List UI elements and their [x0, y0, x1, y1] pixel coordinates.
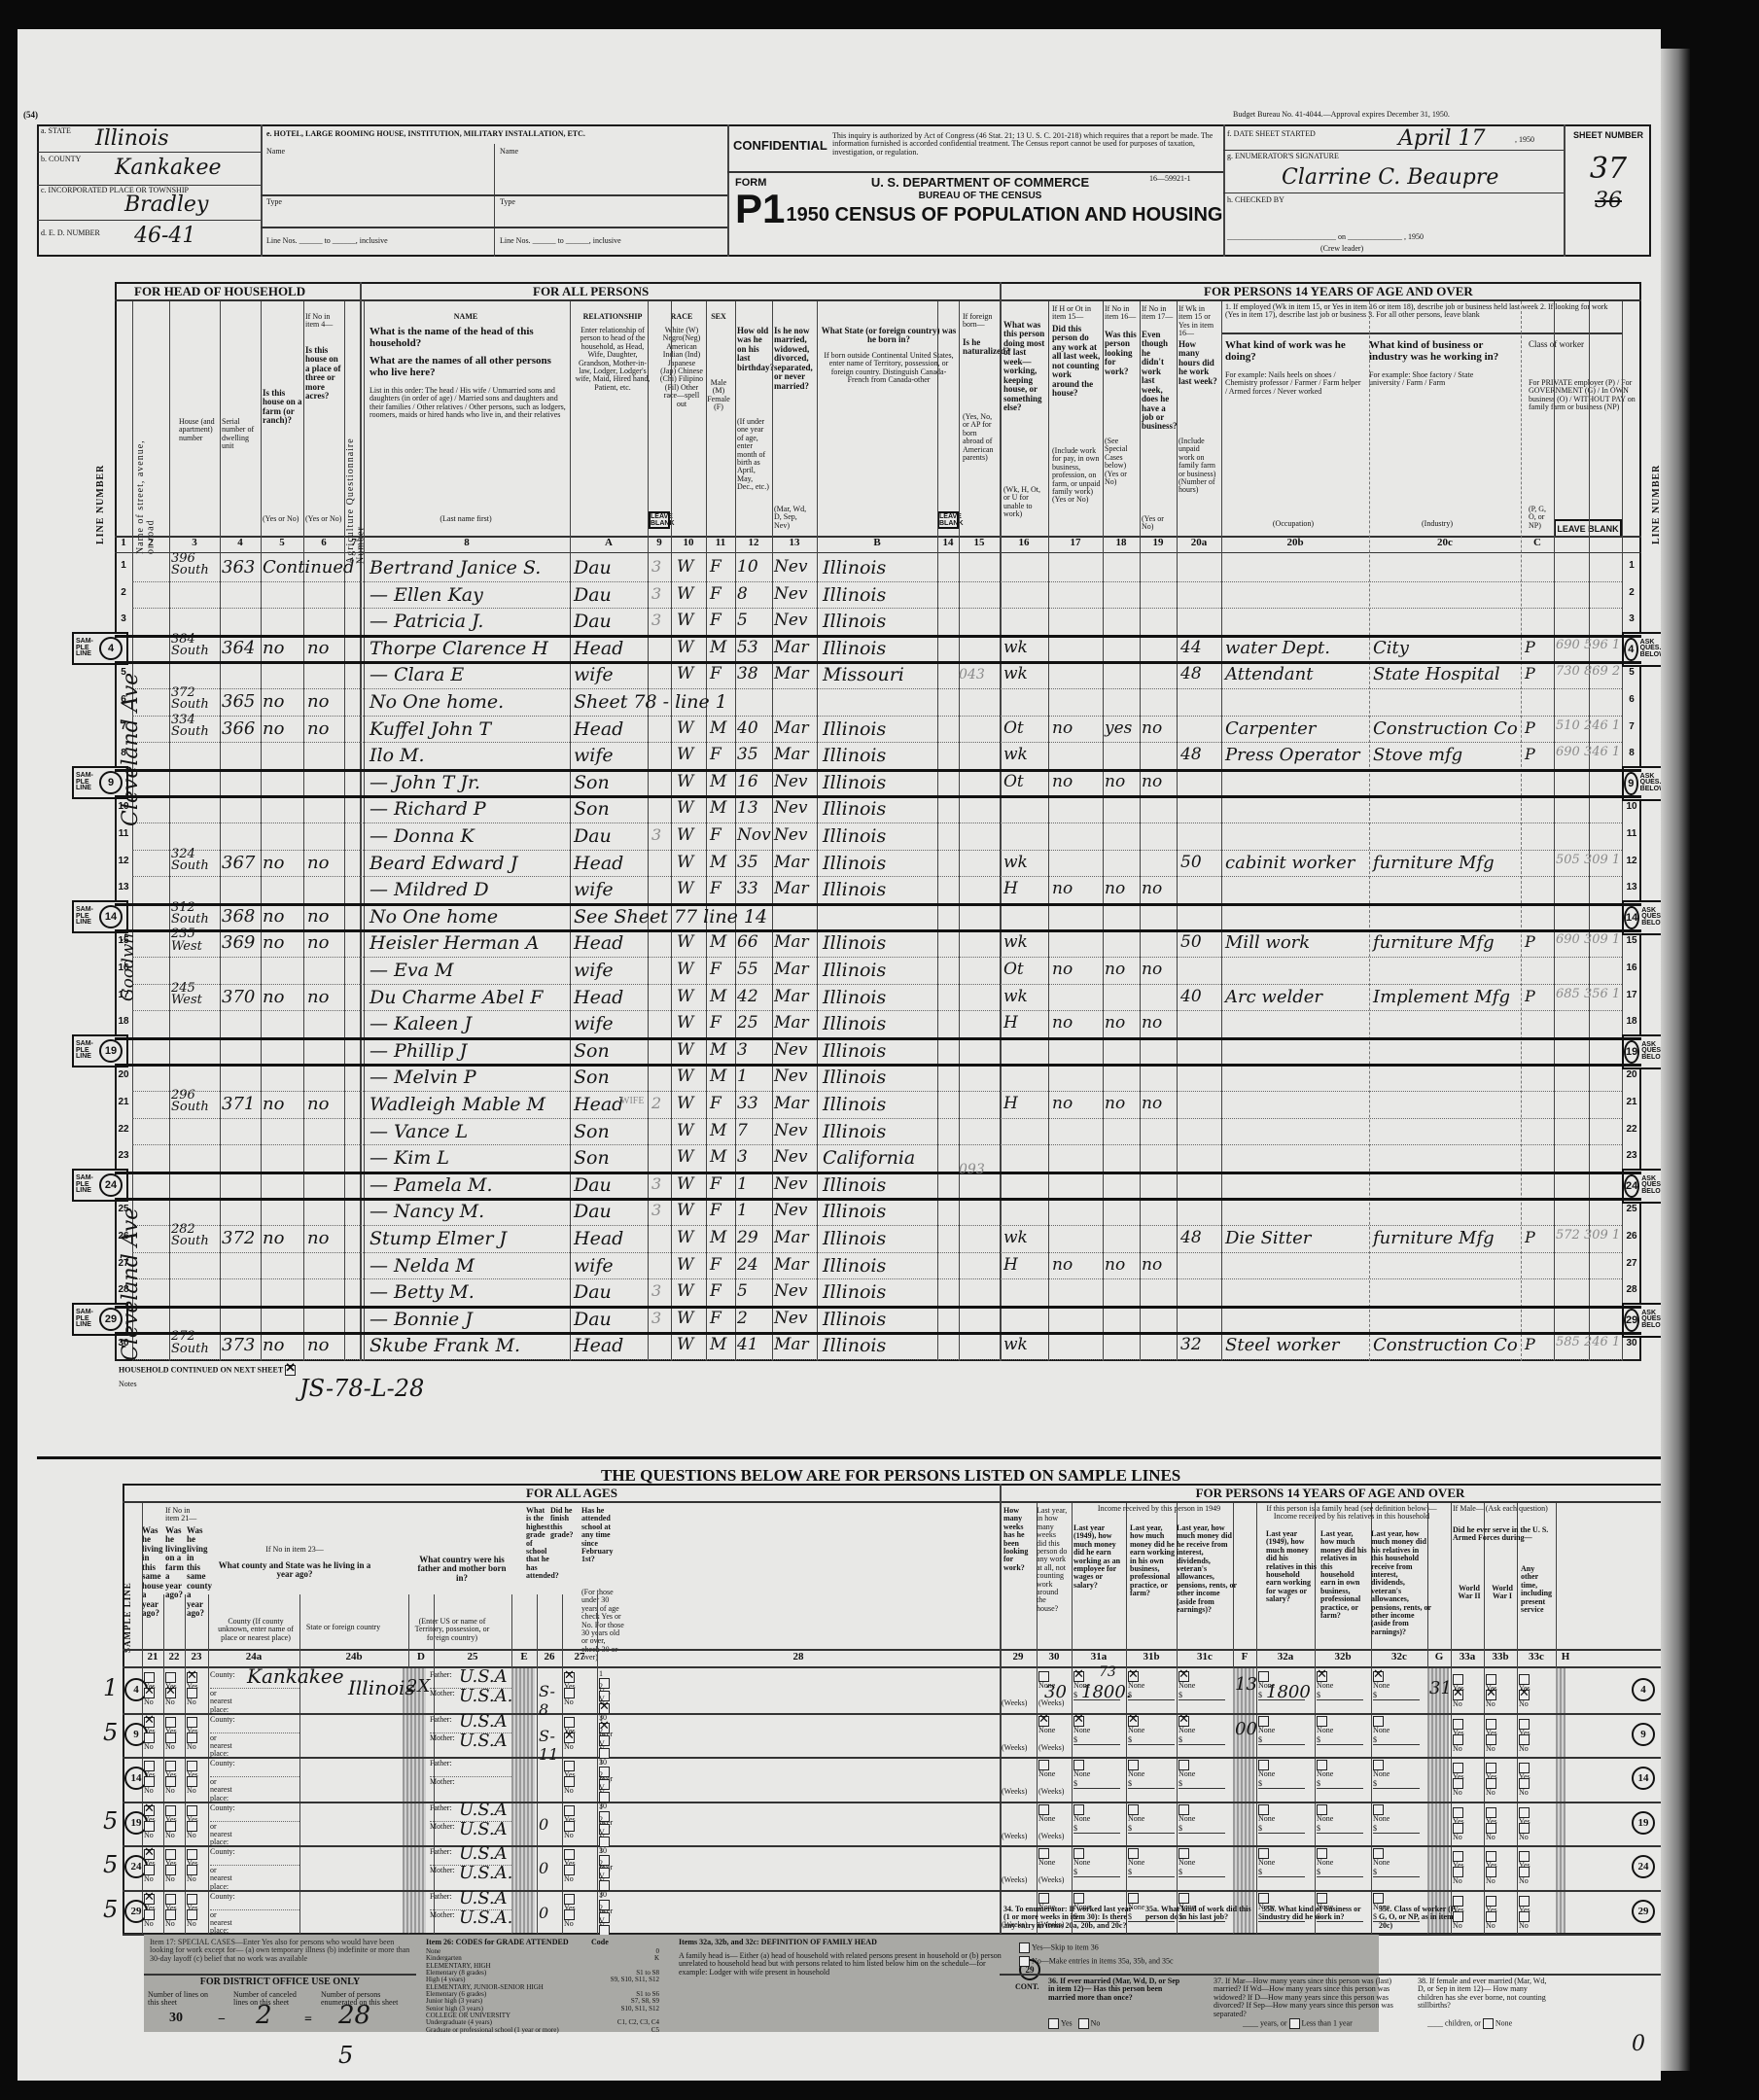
q23-yes-checkbox[interactable] [187, 1672, 197, 1683]
house-number: 334 South [171, 715, 209, 739]
marital-status: Nev [774, 1281, 808, 1301]
other-yes-checkbox[interactable] [1519, 1674, 1530, 1685]
income-amount-field[interactable]: $ [1073, 1825, 1120, 1834]
office-code: 690 309 1 [1556, 932, 1620, 947]
other-no-option: No [1519, 1734, 1531, 1753]
income-none-checkbox[interactable] [1317, 1893, 1327, 1904]
finished-grade-no-checkbox[interactable] [564, 1688, 575, 1698]
income-amount-field[interactable]: $ [1128, 1825, 1175, 1834]
q22-no-checkbox[interactable] [165, 1821, 176, 1832]
q23-no-checkbox[interactable] [187, 1732, 197, 1743]
race: W [677, 960, 693, 979]
race: W [677, 557, 693, 577]
income-none-checkbox[interactable] [1073, 1893, 1084, 1904]
q23-yes-checkbox[interactable] [187, 1717, 197, 1728]
birthplace: Illinois [823, 1309, 886, 1330]
q23-no-checkbox[interactable] [187, 1909, 197, 1920]
age: 33 [737, 879, 758, 898]
q23-no-checkbox[interactable] [187, 1688, 197, 1698]
sample-table-row [115, 903, 1641, 930]
ask-line-number: 14 [1624, 906, 1639, 929]
finished-grade-yes-checkbox[interactable] [564, 1761, 575, 1771]
class-of-worker: P [1525, 638, 1535, 656]
line-number: 23 [115, 1150, 132, 1161]
person-name: — Bonnie J [369, 1309, 473, 1330]
relationship: wife [574, 960, 614, 981]
q23-yes-checkbox[interactable] [187, 1894, 197, 1905]
income-none-checkbox[interactable] [1073, 1848, 1084, 1859]
ww2-no-checkbox[interactable] [1453, 1867, 1463, 1877]
income-amount-field[interactable]: $ [1073, 1869, 1120, 1877]
income-none-checkbox[interactable] [1128, 1848, 1139, 1859]
income-none-option: None [1073, 1804, 1090, 1823]
census-sheet: (54) Budget Bureau No. 41-4044.—Approval… [18, 29, 1661, 2081]
hdr-c11: How old was he on his last birthday? [737, 327, 770, 372]
income-none-checkbox[interactable] [1317, 1760, 1327, 1770]
q38-none-checkbox[interactable] [1483, 2018, 1494, 2029]
other-no-checkbox[interactable] [1519, 1778, 1530, 1789]
activity-last-week: H [1003, 879, 1018, 898]
income-amount-field[interactable]: $ [1317, 1692, 1363, 1700]
income-none-checkbox[interactable] [1373, 1848, 1384, 1859]
hdr-c5-sub: (Yes or No) [305, 515, 344, 523]
income-amount-field[interactable]: $ [1179, 1692, 1225, 1700]
income-none-checkbox[interactable] [1258, 1716, 1269, 1727]
weeks-label-29: (Weeks) [1002, 1788, 1027, 1796]
income-none-checkbox[interactable] [1073, 1760, 1084, 1770]
ww1-no-checkbox[interactable] [1486, 1734, 1496, 1745]
q35a-text: 35a. What kind of work did this person d… [1145, 1906, 1252, 1922]
q21-yes-checkbox[interactable] [144, 1849, 155, 1860]
income-amount-field[interactable]: $ [1128, 1736, 1175, 1745]
col-a-code: 3 [651, 825, 661, 844]
income-none-checkbox[interactable] [1317, 1671, 1327, 1682]
income-none-checkbox[interactable] [1128, 1760, 1139, 1770]
household-continued-checkbox[interactable] [285, 1365, 296, 1376]
birthplace: Illinois [823, 1094, 886, 1115]
income-none-checkbox[interactable] [1373, 1671, 1384, 1682]
q22-yes-checkbox[interactable] [165, 1717, 176, 1728]
sample-column-number: 24a [208, 1651, 299, 1662]
income-none-option: None [1179, 1716, 1195, 1734]
q37-options: ____ years, or Less than 1 year [1243, 2018, 1353, 2029]
birthplace: California [823, 1147, 915, 1169]
income-none-checkbox[interactable] [1373, 1760, 1384, 1770]
income-none-checkbox[interactable] [1038, 1848, 1049, 1859]
sample-hdr-31a: Last year (1949), how much money did he … [1073, 1524, 1126, 1590]
person-name: — John T Jr. [369, 772, 480, 793]
ww2-no-checkbox[interactable] [1453, 1690, 1463, 1700]
income-amount-field[interactable]: $ [1128, 1780, 1175, 1789]
activity-last-week: wk [1003, 1228, 1028, 1247]
age: 3 [737, 1147, 748, 1167]
q21-no-checkbox[interactable] [144, 1776, 155, 1787]
ww2-yes-checkbox[interactable] [1453, 1763, 1463, 1773]
income-none-checkbox[interactable] [1179, 1760, 1189, 1770]
hdr-c7-list: List in this order: The head / His wife … [369, 387, 570, 420]
income-amount-field[interactable]: $ [1073, 1780, 1120, 1789]
income-none-checkbox[interactable] [1038, 1804, 1049, 1815]
other-no-checkbox[interactable] [1519, 1911, 1530, 1922]
income-none-checkbox[interactable] [1038, 1760, 1049, 1770]
income-amount-field[interactable]: $ [1373, 1692, 1420, 1700]
income-none-checkbox[interactable] [1373, 1716, 1384, 1727]
income-amount-field[interactable]: $ [1258, 1825, 1305, 1834]
ed-value: 46-41 [134, 224, 195, 248]
hdr-c8-title: RELATIONSHIP [574, 313, 651, 321]
mother-label: Mother: [430, 1734, 455, 1742]
sample-line-label: SAM-PLE LINE [74, 773, 99, 791]
other-no-checkbox[interactable] [1519, 1867, 1530, 1877]
ww2-yes-checkbox[interactable] [1453, 1807, 1463, 1818]
hdr-c3: Serial number of dwelling unit [222, 418, 261, 451]
income-none-checkbox[interactable] [1073, 1804, 1084, 1815]
age: 7 [737, 1121, 748, 1140]
q21-no-checkbox[interactable] [144, 1865, 155, 1875]
q22-yes-checkbox[interactable] [165, 1849, 176, 1860]
person-name: — Kim L [369, 1147, 449, 1169]
income-none-checkbox[interactable] [1373, 1893, 1384, 1904]
income-none-checkbox[interactable] [1128, 1671, 1139, 1682]
ww2-yes-checkbox[interactable] [1453, 1851, 1463, 1862]
income-amount-field[interactable]: $ [1179, 1869, 1225, 1877]
q23-no-checkbox[interactable] [187, 1865, 197, 1875]
family-wage-income: 1800 [1266, 1682, 1311, 1702]
q21-yes-checkbox[interactable] [144, 1805, 155, 1816]
sample-column-number: D [408, 1651, 434, 1662]
ww1-no-checkbox[interactable] [1486, 1867, 1496, 1877]
county-label: b. COUNTY [41, 156, 81, 163]
income-none-checkbox[interactable] [1258, 1671, 1269, 1682]
class-of-worker: P [1525, 987, 1535, 1005]
ww1-no-checkbox[interactable] [1486, 1823, 1496, 1834]
income-amount-field[interactable]: $ [1373, 1825, 1420, 1834]
sex: F [710, 557, 721, 577]
grade-code-row: Graduate or professional school (1 year … [426, 2027, 659, 2034]
state-value: Illinois [95, 126, 169, 151]
ww1-no-checkbox[interactable] [1486, 1690, 1496, 1700]
hdr-c20b-sub: (Industry) [1369, 520, 1505, 528]
office-code: 572 309 1 [1556, 1228, 1620, 1242]
margin-note-093: 093 [959, 1162, 985, 1177]
finished-grade-no-checkbox[interactable] [564, 1776, 575, 1787]
income-none-checkbox[interactable] [1128, 1716, 1139, 1727]
income-none-checkbox[interactable] [1179, 1848, 1189, 1859]
sex: M [710, 932, 726, 952]
hdr-c7-q2: What are the names of all other persons … [369, 356, 570, 378]
finished-grade-no: No [564, 1865, 577, 1883]
person-name: Stump Elmer J [369, 1228, 507, 1249]
q37-less-checkbox[interactable] [1289, 2018, 1300, 2029]
race: W [677, 664, 693, 683]
ww1-yes-checkbox[interactable] [1486, 1719, 1496, 1730]
father-label: Father: [430, 1804, 452, 1812]
serial-number: 364 [222, 638, 255, 658]
district-persons-value: 28 [338, 2001, 370, 2030]
looking-for-work: no [1105, 1094, 1125, 1113]
looking-for-work: no [1105, 772, 1125, 791]
income-none-checkbox[interactable] [1317, 1716, 1327, 1727]
hdr-c13: What State (or foreign country) was he b… [821, 327, 957, 345]
q22-no-checkbox[interactable] [165, 1732, 176, 1743]
birthplace: Illinois [823, 798, 886, 820]
q37-text: 37. If Mar—How many years since this per… [1214, 1977, 1408, 2018]
q22-yes-checkbox[interactable] [165, 1672, 176, 1683]
sex: M [710, 853, 726, 872]
ww1-no-checkbox[interactable] [1486, 1778, 1496, 1789]
other-yes-checkbox[interactable] [1519, 1719, 1530, 1730]
income-amount-field[interactable]: $ [1073, 1736, 1120, 1745]
col-a-code: 3 [651, 1281, 661, 1300]
sex: M [710, 638, 726, 657]
income-none-checkbox[interactable] [1373, 1804, 1384, 1815]
income-none-checkbox[interactable] [1179, 1893, 1189, 1904]
worked-last-week: no [1052, 1255, 1073, 1275]
income-none-checkbox[interactable] [1258, 1760, 1269, 1770]
line-number-right: 3 [1622, 613, 1641, 624]
income-amount-field[interactable]: $ [1258, 1736, 1305, 1745]
income-none-checkbox[interactable] [1073, 1671, 1084, 1682]
acres-answer: no [307, 987, 329, 1007]
q23-no-checkbox[interactable] [187, 1821, 197, 1832]
sample-income-family: If this person is a family head (see def… [1264, 1505, 1439, 1522]
q21-no-checkbox[interactable] [144, 1688, 155, 1698]
date-value: April 17 [1398, 126, 1486, 151]
father-label: Father: [430, 1848, 452, 1856]
q21-yes-checkbox[interactable] [144, 1761, 155, 1771]
income-amount-field[interactable]: $ [1179, 1780, 1225, 1789]
income-none-checkbox[interactable] [1317, 1848, 1327, 1859]
street-name-3: Cleveland Ave [119, 1207, 143, 1361]
sample-column-number: F [1233, 1651, 1256, 1662]
person-name: — Ellen Kay [369, 584, 483, 606]
age: 13 [737, 798, 758, 818]
column-number: 17 [1048, 537, 1103, 548]
q22-no-checkbox[interactable] [165, 1776, 176, 1787]
other-no-checkbox[interactable] [1519, 1734, 1530, 1745]
other-yes-checkbox[interactable] [1519, 1851, 1530, 1862]
race: W [677, 1201, 693, 1220]
grade-code-value: S10, S11, S12 [621, 2006, 659, 2012]
race: W [677, 825, 693, 845]
finished-grade-no-checkbox[interactable] [564, 1821, 575, 1832]
income-none-option: None [1258, 1760, 1275, 1778]
hdr-c20c-ex: For PRIVATE employer (P) / For GOVERNMEN… [1529, 379, 1636, 412]
q21-yes-checkbox[interactable] [144, 1717, 155, 1728]
q21-yes-checkbox[interactable] [144, 1894, 155, 1905]
income-none-checkbox[interactable] [1179, 1716, 1189, 1727]
other-no-checkbox[interactable] [1519, 1823, 1530, 1834]
hdr-c8: Enter relationship of person to head of … [574, 327, 651, 392]
q34-no: No—Make entries in items 35a, 35b, and 3… [1019, 1956, 1174, 1967]
sex: F [710, 745, 721, 764]
ww2-no-checkbox[interactable] [1453, 1823, 1463, 1834]
relationship: Dau [574, 557, 612, 578]
finished-grade-yes-checkbox[interactable] [564, 1717, 575, 1728]
sample-hdr-33c: Any other time, including present servic… [1521, 1565, 1552, 1614]
q22-no-checkbox[interactable] [165, 1909, 176, 1920]
q22-yes-checkbox[interactable] [165, 1805, 176, 1816]
finished-grade-no: No [564, 1732, 577, 1751]
hdr-c18-pre: If No in item 17— [1142, 305, 1175, 322]
relationship: Son [574, 1121, 610, 1142]
finished-grade-yes-checkbox[interactable] [564, 1672, 575, 1683]
income-none-checkbox[interactable] [1179, 1671, 1189, 1682]
occupation: Attendant [1225, 664, 1313, 684]
income-amount-field[interactable]: $ [1317, 1780, 1363, 1789]
sample-column-number: H [1556, 1651, 1575, 1662]
ww2-no-option: No [1453, 1690, 1465, 1708]
q22-yes-checkbox[interactable] [165, 1894, 176, 1905]
relationship: Dau [574, 825, 612, 847]
nearest-place-label: or nearest place: [210, 1823, 232, 1847]
house-number: 312 South [171, 902, 209, 927]
other-yes-checkbox[interactable] [1519, 1896, 1530, 1907]
q21-no-option: No [144, 1688, 157, 1706]
person-name: Du Charme Abel F [369, 987, 543, 1008]
ww1-no-checkbox[interactable] [1486, 1911, 1496, 1922]
q34-yes-checkbox[interactable] [1019, 1942, 1030, 1953]
sample-hdr-27: Did he finish this grade? [550, 1507, 580, 1540]
finished-grade-no-checkbox[interactable] [564, 1909, 575, 1920]
income-amount-field[interactable]: $ [1373, 1736, 1420, 1745]
age: Nov [737, 825, 771, 845]
income-none-checkbox[interactable] [1038, 1716, 1049, 1727]
q22-no-option: No [165, 1688, 178, 1706]
income-none-option: None [1317, 1848, 1333, 1867]
ww1-yes-checkbox[interactable] [1486, 1763, 1496, 1773]
income-none-checkbox[interactable] [1258, 1848, 1269, 1859]
col-a-code: 3 [651, 611, 661, 629]
sample-hdr-29: How many weeks has he been looking for w… [1003, 1507, 1033, 1572]
sample-column-number: 29 [1000, 1651, 1037, 1662]
q22-no-checkbox[interactable] [165, 1688, 176, 1698]
sample-hdr-28: Has he attended school at any time since… [581, 1507, 624, 1564]
q36-no-checkbox[interactable] [1078, 2018, 1089, 2029]
income-none-checkbox[interactable] [1179, 1804, 1189, 1815]
q23-yes-checkbox[interactable] [187, 1805, 197, 1816]
income-amount-field[interactable]: $ [1179, 1736, 1225, 1745]
col-a-code: 2 [651, 1094, 661, 1112]
ww2-no-checkbox[interactable] [1453, 1778, 1463, 1789]
ww2-yes-checkbox[interactable] [1453, 1719, 1463, 1730]
person-name: — Richard P [369, 798, 486, 820]
sample-row [123, 1845, 1663, 1890]
q36-yes-checkbox[interactable] [1048, 2018, 1059, 2029]
col-f-code: 13 [1235, 1674, 1257, 1695]
q21-no-checkbox[interactable] [144, 1909, 155, 1920]
income-amount-field[interactable]: $ [1179, 1825, 1225, 1834]
hdr-c5-pre: If No in item 4— [305, 313, 344, 330]
marital-status: Mar [774, 664, 809, 683]
sample-hdr-30: Last year, in how many weeks did this pe… [1037, 1507, 1068, 1613]
q23-no-checkbox[interactable] [187, 1776, 197, 1787]
serial-number: 367 [222, 853, 255, 873]
activity-last-week: wk [1003, 932, 1028, 952]
ww1-yes-checkbox[interactable] [1486, 1674, 1496, 1685]
q23-yes-checkbox[interactable] [187, 1849, 197, 1860]
q22-yes-checkbox[interactable] [165, 1761, 176, 1771]
age: 38 [737, 664, 758, 683]
income-amount-field[interactable]: $ [1373, 1780, 1420, 1789]
other-no-checkbox[interactable] [1519, 1690, 1530, 1700]
q21-no-checkbox[interactable] [144, 1732, 155, 1743]
other-yes-checkbox[interactable] [1519, 1763, 1530, 1773]
income-amount-field[interactable]: $ [1317, 1869, 1363, 1877]
ww1-yes-checkbox[interactable] [1486, 1851, 1496, 1862]
birthplace: Illinois [823, 1335, 886, 1356]
line-number-right: 18 [1622, 1016, 1641, 1027]
sample-line-number: 4 [99, 637, 123, 660]
hdr-c10-title: SEX [706, 313, 731, 321]
income-none-checkbox[interactable] [1128, 1804, 1139, 1815]
hdr-c7-sub: (Last name first) [364, 515, 568, 523]
income-amount-field[interactable]: $ [1258, 1780, 1305, 1789]
income-amount-field[interactable]: $ [1317, 1736, 1363, 1745]
sex: M [710, 1040, 726, 1060]
type-label-2: Type [500, 198, 515, 206]
other-yes-checkbox[interactable] [1519, 1807, 1530, 1818]
relationship: Son [574, 1067, 610, 1088]
income-amount-field[interactable]: $ [1373, 1869, 1420, 1877]
wage-income: 1800. [1081, 1682, 1132, 1702]
sex: F [710, 1013, 721, 1032]
q22-no-checkbox[interactable] [165, 1865, 176, 1875]
income-amount-field[interactable]: $ [1128, 1692, 1175, 1700]
race: W [677, 987, 693, 1006]
finished-grade-yes-checkbox[interactable] [564, 1849, 575, 1860]
q34-no-checkbox[interactable] [1019, 1956, 1030, 1967]
income-none-checkbox[interactable] [1258, 1893, 1269, 1904]
ww2-yes-checkbox[interactable] [1453, 1674, 1463, 1685]
q21-no-checkbox[interactable] [144, 1821, 155, 1832]
ask-line-number: 4 [1624, 638, 1638, 661]
income-none-checkbox[interactable] [1258, 1804, 1269, 1815]
grade-code-label: Code [591, 1939, 609, 1946]
line-number-right: 6 [1622, 694, 1641, 705]
income-none-checkbox[interactable] [1038, 1893, 1049, 1904]
finished-grade-yes-checkbox[interactable] [564, 1894, 575, 1905]
line-nos-1: Line Nos. ______ to ______, inclusive [266, 237, 388, 245]
ww1-yes-checkbox[interactable] [1486, 1896, 1496, 1907]
serial-number: 363 [222, 557, 255, 577]
sex: M [710, 772, 726, 791]
ww1-yes-checkbox[interactable] [1486, 1807, 1496, 1818]
sex: M [710, 798, 726, 818]
income-none-checkbox[interactable] [1038, 1671, 1049, 1682]
ww1-no-option: No [1486, 1823, 1498, 1841]
finished-grade-no-checkbox[interactable] [564, 1732, 575, 1743]
income-none-checkbox[interactable] [1317, 1804, 1327, 1815]
residence-county: Kankakee [247, 1664, 344, 1688]
hdr-c16-sub: (Include work for pay, in own business, … [1052, 447, 1101, 505]
finished-grade-yes-checkbox[interactable] [564, 1805, 575, 1816]
hdr-c16: Did this person do any work at all last … [1052, 325, 1101, 399]
income-amount-field[interactable]: $ [1128, 1869, 1175, 1877]
income-amount-field[interactable]: $ [1258, 1869, 1305, 1877]
income-amount-field[interactable]: $ [1317, 1825, 1363, 1834]
ww2-no-checkbox[interactable] [1453, 1734, 1463, 1745]
finished-grade-no-checkbox[interactable] [564, 1865, 575, 1875]
q23-yes-checkbox[interactable] [187, 1761, 197, 1771]
sample-column-number: 23 [185, 1651, 208, 1662]
q21-yes-checkbox[interactable] [144, 1672, 155, 1683]
sample-hdr-31c: Last year, how much money did he receive… [1177, 1524, 1239, 1614]
income-none-option: None [1128, 1760, 1144, 1778]
marital-status: Mar [774, 1094, 809, 1113]
income-none-checkbox[interactable] [1128, 1893, 1139, 1904]
income-none-checkbox[interactable] [1073, 1716, 1084, 1727]
